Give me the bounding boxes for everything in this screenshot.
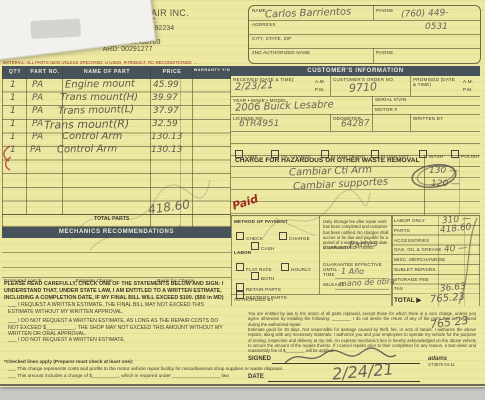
brand-code: GT3875 04-11: [428, 362, 455, 367]
customer-phone-value: (760) 449-: [401, 8, 449, 20]
col-partno: PART NO.: [28, 66, 62, 79]
customer-box: NAME PHONE ADDRESS CITY, STATE, ZIP 2ND …: [248, 5, 481, 64]
promised-pm: P.M.: [463, 87, 473, 92]
statement-item-1: ___ I REQUEST A WRITTEN ESTIMATE. THE FI…: [8, 302, 230, 315]
received-value: 2/23/21: [235, 80, 274, 93]
promised-am: A.M.: [463, 79, 473, 84]
col-qty: QTY: [4, 66, 26, 79]
odometer-value: 64287: [341, 119, 370, 130]
written-by-label: WRITTEN BY: [413, 116, 443, 121]
city-label: CITY, STATE, ZIP: [252, 36, 291, 41]
date-value: 2/24/21: [331, 359, 394, 383]
stray-pen-stroke: [447, 216, 482, 306]
totals-row-label: MISC. MERCHANDISE: [394, 257, 445, 262]
totals-row-label: TAX: [394, 286, 403, 291]
pencil-scribble: [255, 178, 375, 248]
customer-info-band: CUSTOMER'S INFORMATION: [231, 66, 480, 76]
ymm-value: 2006 Buick Lesabre: [235, 99, 334, 113]
address-label: ADDRESS: [252, 22, 276, 27]
statement-item-2: ___ I DO NOT REQUEST A WRITTEN ESTIMATE,…: [8, 318, 230, 338]
red-edge-marks: [0, 143, 14, 173]
customer-info-grid: RECEIVED (DATE & TIME) A.M. P.M. CUSTOME…: [231, 76, 480, 143]
totals-row-label: SUBLET REPAIRS: [394, 267, 436, 272]
license-value: 6TR4951: [239, 119, 279, 129]
time-label: TIME: [323, 272, 335, 277]
check-checkbox: [236, 232, 244, 240]
second-auth-label: 2ND AUTHORIZED NAME: [252, 50, 310, 55]
customer-phone-value2: 0531: [425, 22, 448, 32]
col-price: PRICE: [152, 66, 192, 79]
motor-label: MOTOR #: [375, 107, 397, 112]
totals-panel: LABOR ONLY PARTS ACCESSORIES GAS, OIL & …: [392, 215, 480, 306]
brand-mark: adams GT3875 04-11: [428, 356, 455, 367]
serial-label: SERIAL #/VIN: [375, 97, 406, 102]
time-value: 1 Año: [341, 267, 364, 276]
signed-label: SIGNED: [248, 356, 271, 363]
received-am: A.M.: [315, 79, 325, 84]
labor-section-label: LABOR: [234, 250, 251, 255]
mileage-value: mano de obra: [339, 277, 395, 289]
scribble-circle: [409, 161, 459, 191]
order-value: 9710: [349, 80, 378, 95]
hourly-checkbox: [281, 263, 289, 271]
footnote-title: *Checked lines apply (Preparer must chec…: [4, 360, 244, 366]
phone2-label: PHONE: [376, 50, 393, 55]
hazard-label: CHARGE FOR HAZARDOUS OR OTHER WASTE REMO…: [235, 157, 420, 164]
col-warranty: WARRANTY Y/N: [193, 66, 231, 72]
totals-row-label: LABOR ONLY: [394, 218, 425, 223]
statements-intro: PLEASE READ CAREFULLY, CHECK ONE OF THE …: [4, 281, 232, 301]
customer-name-value: Carlos Barrientos: [265, 6, 352, 20]
col-name: NAME OF PART: [64, 66, 150, 79]
authorized-by-label: AUTHORIZED BY: [234, 297, 274, 302]
pencil-scribble: [60, 150, 220, 260]
statement-item-3: ___ I DO NOT REQUEST A WRITTEN ESTIMATE.: [8, 337, 230, 344]
totals-row-label: PARTS: [394, 228, 410, 233]
date-label: DATE: [248, 374, 264, 381]
received-pm: P.M.: [315, 87, 325, 92]
flat-rate-checkbox: [236, 263, 244, 271]
totals-row-label: STORAGE FEE: [394, 277, 429, 282]
hourly-label: HOURLY: [291, 267, 311, 272]
totals-row-label: GAS, OIL & GREASE: [394, 247, 442, 252]
promised-label: PROMISED (DATE & TIME): [413, 77, 459, 88]
phone-label: PHONE: [376, 8, 393, 13]
service-checkbox-row: LUBE OIL CHANGE FLUSH TRANS. FLUSH DIFF.…: [231, 143, 480, 155]
totals-row-label: ACCESSORIES: [394, 238, 429, 243]
scanned-invoice: CHUY'S AUTO REPAIR INC. 67390 SARAH ST. …: [0, 0, 485, 400]
footnote-line-1: ___ This charge represents costs and pro…: [8, 367, 308, 373]
invoice-form: CHUY'S AUTO REPAIR INC. 67390 SARAH ST. …: [0, 0, 485, 387]
total-label: TOTAL ▶: [394, 296, 421, 304]
material-note: MATERIAL: ALL PARTS NEW UNLESS SPECIFIED…: [3, 60, 231, 65]
